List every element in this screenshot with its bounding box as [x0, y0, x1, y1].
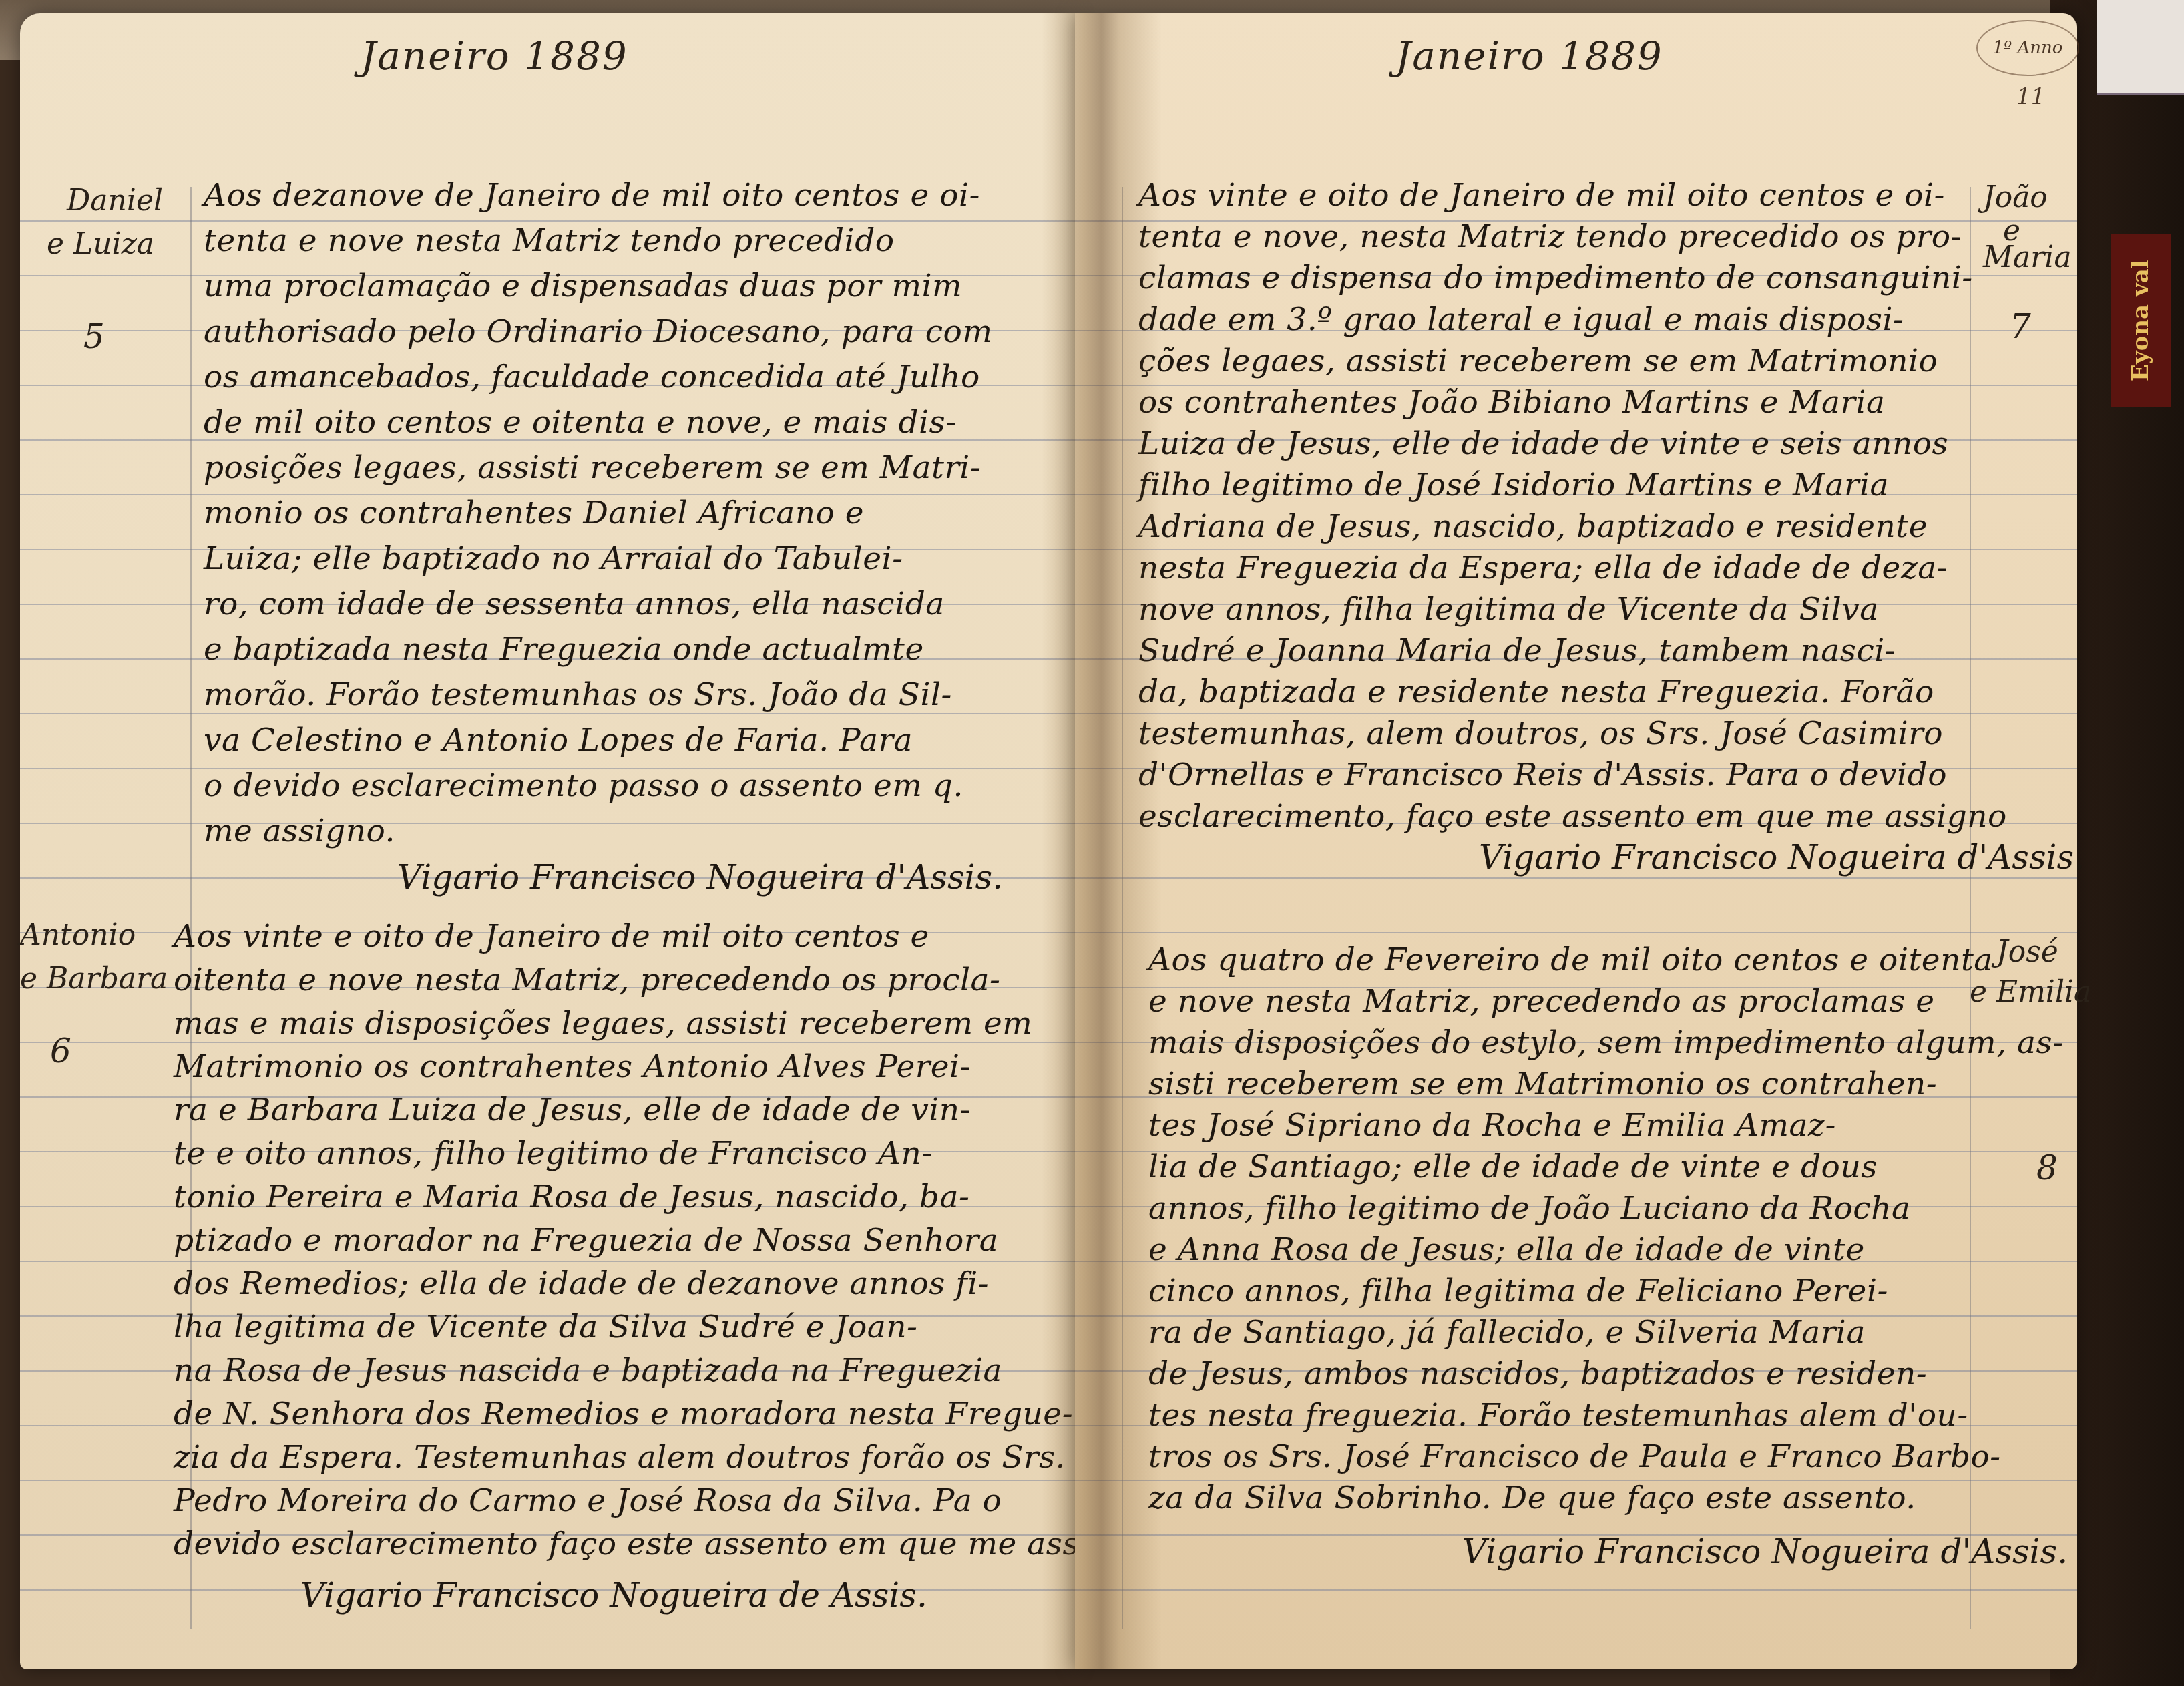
entry-line: devido esclarecimento faço este assento … — [174, 1526, 1150, 1562]
entry-line: tros os Srs. José Francisco de Paula e F… — [1148, 1438, 2001, 1475]
entry-line: Sudré e Joanna Maria de Jesus, tambem na… — [1138, 632, 1896, 669]
entry-line: dos Remedios; ella de idade de dezanove … — [174, 1265, 989, 1302]
folio-number: 11 — [2016, 83, 2045, 110]
entry-line: mais disposições do estylo, sem impedime… — [1148, 1024, 2064, 1061]
entry-line: de mil oito centos e oitenta e nove, e m… — [204, 404, 957, 441]
entry-line: os amancebados, faculdade concedida até … — [204, 359, 980, 395]
entry-line: me assigno. — [204, 813, 395, 849]
entry-line: lia de Santiago; elle de idade de vinte … — [1148, 1148, 1878, 1185]
entry-line: lha legitima de Vicente da Silva Sudré e… — [174, 1309, 917, 1345]
entry-line: posições legaes, assisti receberem se em… — [204, 449, 981, 486]
entry-line: Aos vinte e oito de Janeiro de mil oito … — [1138, 177, 1945, 214]
entry-line: nove annos, filha legitima de Vicente da… — [1138, 591, 1879, 628]
entry-line: tenta e nove nesta Matriz tendo precedid… — [204, 222, 895, 259]
entry-line: authorisado pelo Ordinario Diocesano, pa… — [204, 313, 992, 350]
entry-line: Aos quatro de Fevereiro de mil oito cent… — [1148, 941, 1993, 978]
margin-name: e Emilia — [1970, 975, 2091, 1009]
entry-number: 6 — [50, 1032, 71, 1070]
book-spine-label: Eyona val — [2111, 234, 2171, 407]
margin-name: Antonio — [20, 918, 136, 952]
entry-line: e nove nesta Matriz, precedendo as procl… — [1148, 983, 1935, 1020]
entry-line: os contrahentes João Bibiano Martins e M… — [1138, 384, 1886, 421]
right-page: Janeiro 1889 1º Anno 11 Aos vinte e oito… — [1075, 13, 2077, 1669]
entry-line: mas e mais disposições legaes, assisti r… — [174, 1005, 1032, 1042]
white-paper-corner — [2097, 0, 2184, 95]
entry-line: esclarecimento, faço este assento em que… — [1138, 798, 2007, 835]
entry-line: annos, filho legitimo de João Luciano da… — [1148, 1190, 1910, 1227]
entry-number: 7 — [2010, 307, 2031, 346]
entry-number: 5 — [83, 317, 105, 356]
entry-line: ptizado e morador na Freguezia de Nossa … — [174, 1222, 998, 1259]
margin-name: e Barbara — [20, 962, 168, 996]
entry-line: tenta e nove, nesta Matriz tendo precedi… — [1138, 218, 1962, 255]
entry-line: na Rosa de Jesus nascida e baptizada na … — [174, 1352, 1002, 1389]
margin-name: José — [1996, 935, 2058, 969]
entry-line: morão. Forão testemunhas os Srs. João da… — [204, 676, 952, 713]
register-stamp: 1º Anno — [1976, 20, 2079, 76]
entry-line: va Celestino e Antonio Lopes de Faria. P… — [204, 722, 913, 759]
entry-line: de Jesus, ambos nascidos, baptizados e r… — [1148, 1355, 1927, 1392]
margin-rule — [1122, 187, 1123, 1629]
page-header-date: Janeiro 1889 — [361, 33, 628, 79]
entry-line: ro, com idade de sessenta annos, ella na… — [204, 586, 945, 622]
margin-name: Daniel — [67, 184, 163, 218]
entry-line: Adriana de Jesus, nascido, baptizado e r… — [1138, 508, 1928, 545]
entry-line: nesta Freguezia da Espera; ella de idade… — [1138, 550, 1948, 586]
margin-name: João — [1983, 180, 2048, 214]
entry-line: sisti receberem se em Matrimonio os cont… — [1148, 1066, 1937, 1102]
entry-line: zia da Espera. Testemunhas alem doutros … — [174, 1439, 1066, 1476]
entry-line: o devido esclarecimento passo o assento … — [204, 767, 963, 804]
entry-line: oitenta e nove nesta Matriz, precedendo … — [174, 962, 1000, 998]
entry-line: monio os contrahentes Daniel Africano e — [204, 495, 864, 532]
entry-line: dade em 3.º grao lateral e igual e mais … — [1138, 301, 1904, 338]
entry-line: Aos dezanove de Janeiro de mil oito cent… — [204, 177, 980, 214]
entry-line: Luiza; elle baptizado no Arraial do Tabu… — [204, 540, 903, 577]
entry-line: Matrimonio os contrahentes Antonio Alves… — [174, 1048, 971, 1085]
entry-line: te e oito annos, filho legitimo de Franc… — [174, 1135, 933, 1172]
entry-line: tes José Sipriano da Rocha e Emilia Amaz… — [1148, 1107, 1836, 1144]
entry-line: de N. Senhora dos Remedios e moradora ne… — [174, 1396, 1073, 1432]
entry-line: e baptizada nesta Freguezia onde actualm… — [204, 631, 924, 668]
entry-line: tonio Pereira e Maria Rosa de Jesus, nas… — [174, 1179, 969, 1215]
priest-signature: Vigario Francisco Nogueira d'Assis. — [1462, 1532, 2068, 1571]
entry-number: 8 — [2036, 1148, 2058, 1187]
priest-signature: Vigario Francisco Nogueira d'Assis. — [397, 858, 1003, 897]
left-page: Janeiro 1889 Daniel e Luiza 5 Aos dezano… — [20, 13, 1075, 1669]
entry-line: ções legaes, assisti receberem se em Mat… — [1138, 343, 1938, 379]
priest-signature: Vigario Francisco Nogueira de Assis. — [300, 1576, 927, 1615]
entry-line: cinco annos, filha legitima de Feliciano… — [1148, 1273, 1888, 1309]
page-header-date: Janeiro 1889 — [1395, 33, 1663, 79]
margin-rule — [1970, 187, 1971, 1629]
entry-line: Aos vinte e oito de Janeiro de mil oito … — [174, 918, 929, 955]
margin-name: Maria — [1983, 240, 2072, 274]
entry-line: ra e Barbara Luiza de Jesus, elle de ida… — [174, 1092, 971, 1128]
entry-line: za da Silva Sobrinho. De que faço este a… — [1148, 1480, 1916, 1516]
entry-line: Luiza de Jesus, elle de idade de vinte e… — [1138, 425, 1948, 462]
entry-line: testemunhas, alem doutros, os Srs. José … — [1138, 715, 1943, 752]
entry-line: ra de Santiago, já fallecido, e Silveria… — [1148, 1314, 1866, 1351]
margin-name: e Luiza — [47, 227, 154, 261]
entry-line: e Anna Rosa de Jesus; ella de idade de v… — [1148, 1231, 1865, 1268]
entry-line: clamas e dispensa do impedimento de cons… — [1138, 260, 1973, 296]
entry-line: tes nesta freguezia. Forão testemunhas a… — [1148, 1397, 1968, 1434]
entry-line: Pedro Moreira do Carmo e José Rosa da Si… — [174, 1482, 1002, 1519]
entry-line: uma proclamação e dispensadas duas por m… — [204, 268, 962, 304]
entry-line: da, baptizada e residente nesta Freguezi… — [1138, 674, 1934, 710]
entry-line: d'Ornellas e Francisco Reis d'Assis. Par… — [1138, 757, 1947, 793]
priest-signature: Vigario Francisco Nogueira d'Assis. — [1479, 838, 2085, 877]
entry-line: filho legitimo de José Isidorio Martins … — [1138, 467, 1889, 503]
